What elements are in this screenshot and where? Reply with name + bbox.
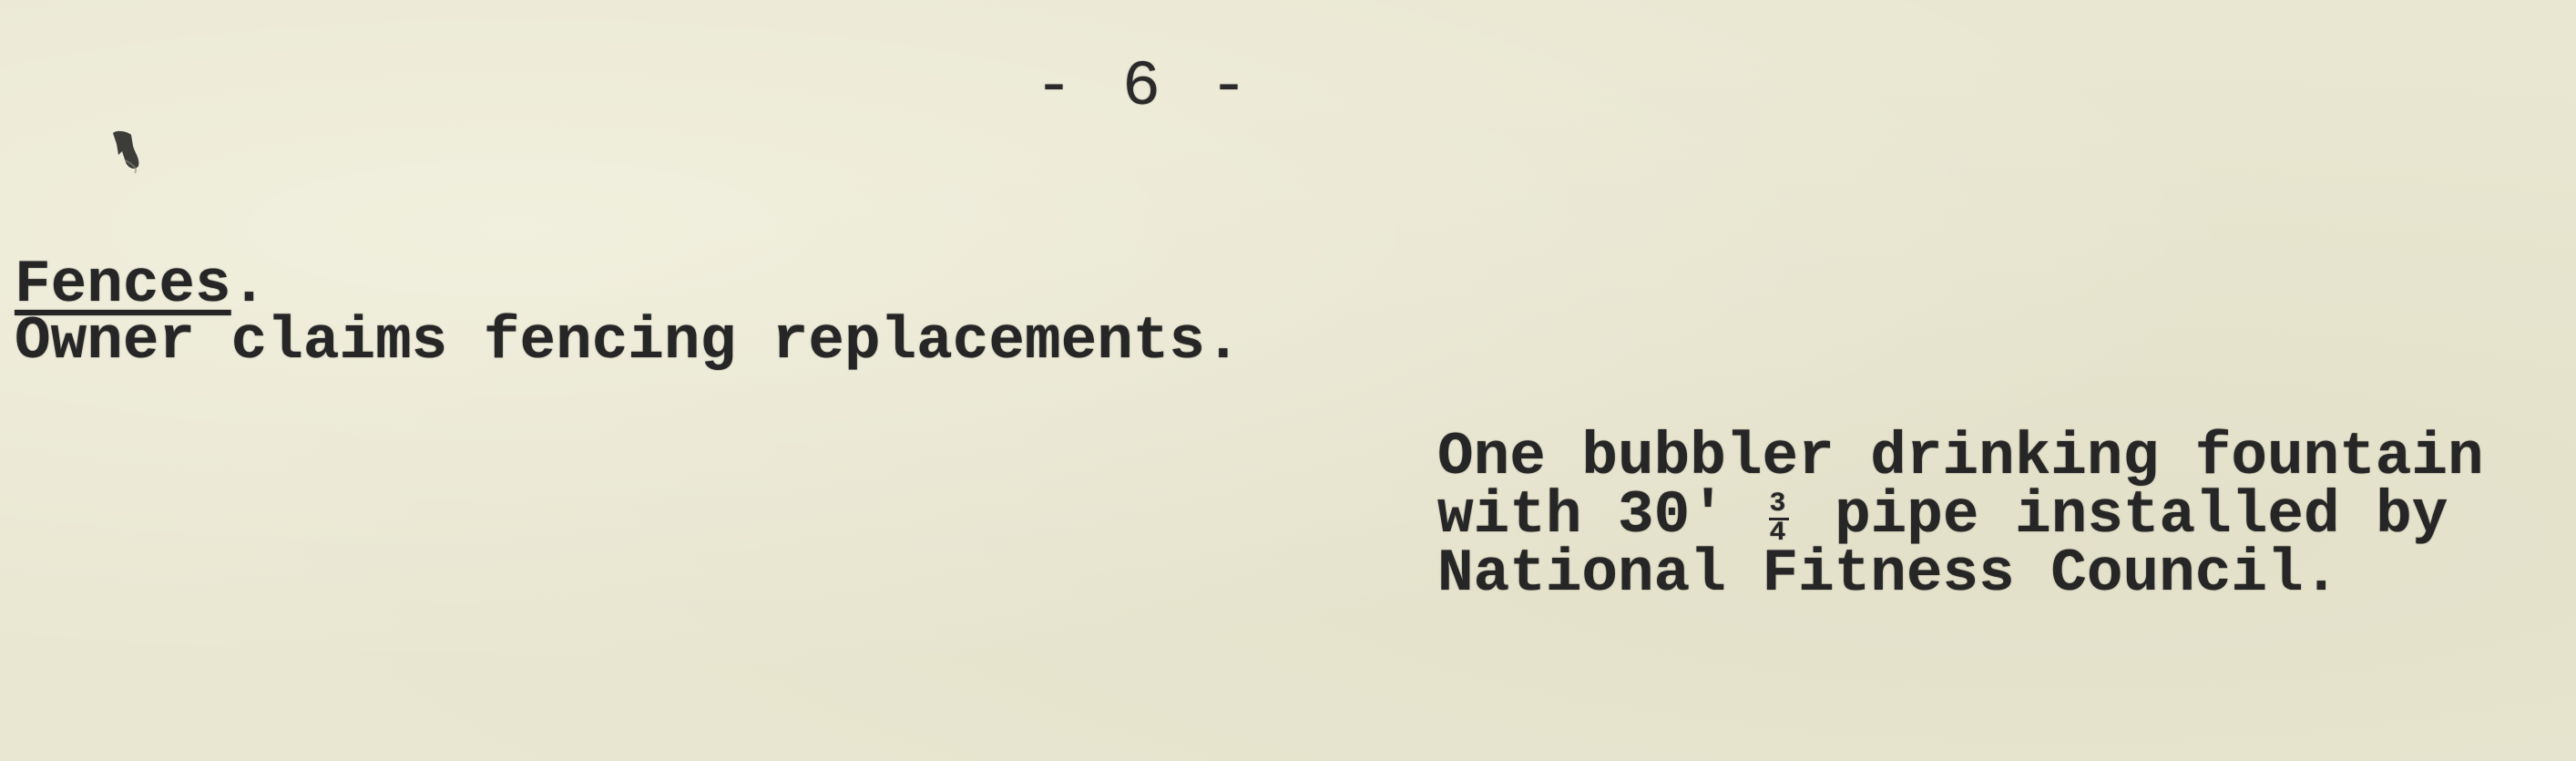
side-note: One bubbler drinking fountain with 30' 3…: [1437, 428, 2484, 603]
side-note-line-2: with 30' 34 pipe installed by: [1437, 487, 2484, 545]
body-text-line: Owner claims fencing replacements.: [15, 310, 1242, 374]
fraction-three-quarters: 34: [1762, 487, 1798, 545]
ink-blot-mark: [107, 128, 144, 175]
fraction-numerator: 3: [1769, 490, 1785, 518]
side-note-line-1: One bubbler drinking fountain: [1437, 428, 2484, 487]
side-note-line-3: National Fitness Council.: [1437, 545, 2484, 603]
page-number: - 6 -: [1035, 57, 1253, 120]
document-page: - 6 - Fences. Owner claims fencing repla…: [0, 0, 2576, 761]
